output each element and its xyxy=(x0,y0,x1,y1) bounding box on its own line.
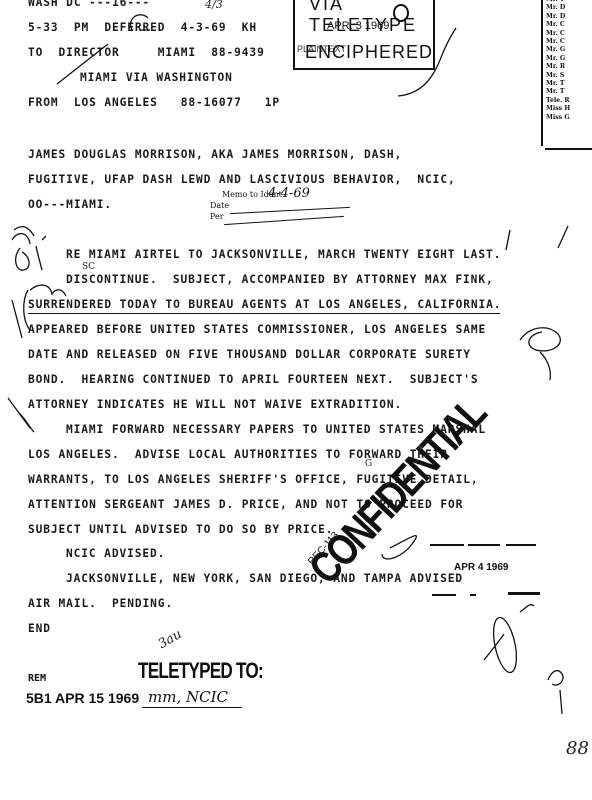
bottom-right-signature xyxy=(548,671,563,714)
margin-signature-mark xyxy=(24,285,66,330)
margin-initials-mark xyxy=(12,227,46,271)
stamp-check-mark xyxy=(398,28,456,96)
deferred-initial-mark xyxy=(131,15,150,30)
oval-initial-mark xyxy=(489,616,520,675)
oval-initial-strokes xyxy=(484,605,534,660)
routing-slash-mark xyxy=(57,44,108,84)
margin-slash-mark xyxy=(8,300,34,432)
handwritten-marks xyxy=(0,0,592,800)
right-margin-signature xyxy=(520,328,560,380)
right-tick-mark xyxy=(506,226,568,250)
initial-loop-mark xyxy=(382,536,416,559)
